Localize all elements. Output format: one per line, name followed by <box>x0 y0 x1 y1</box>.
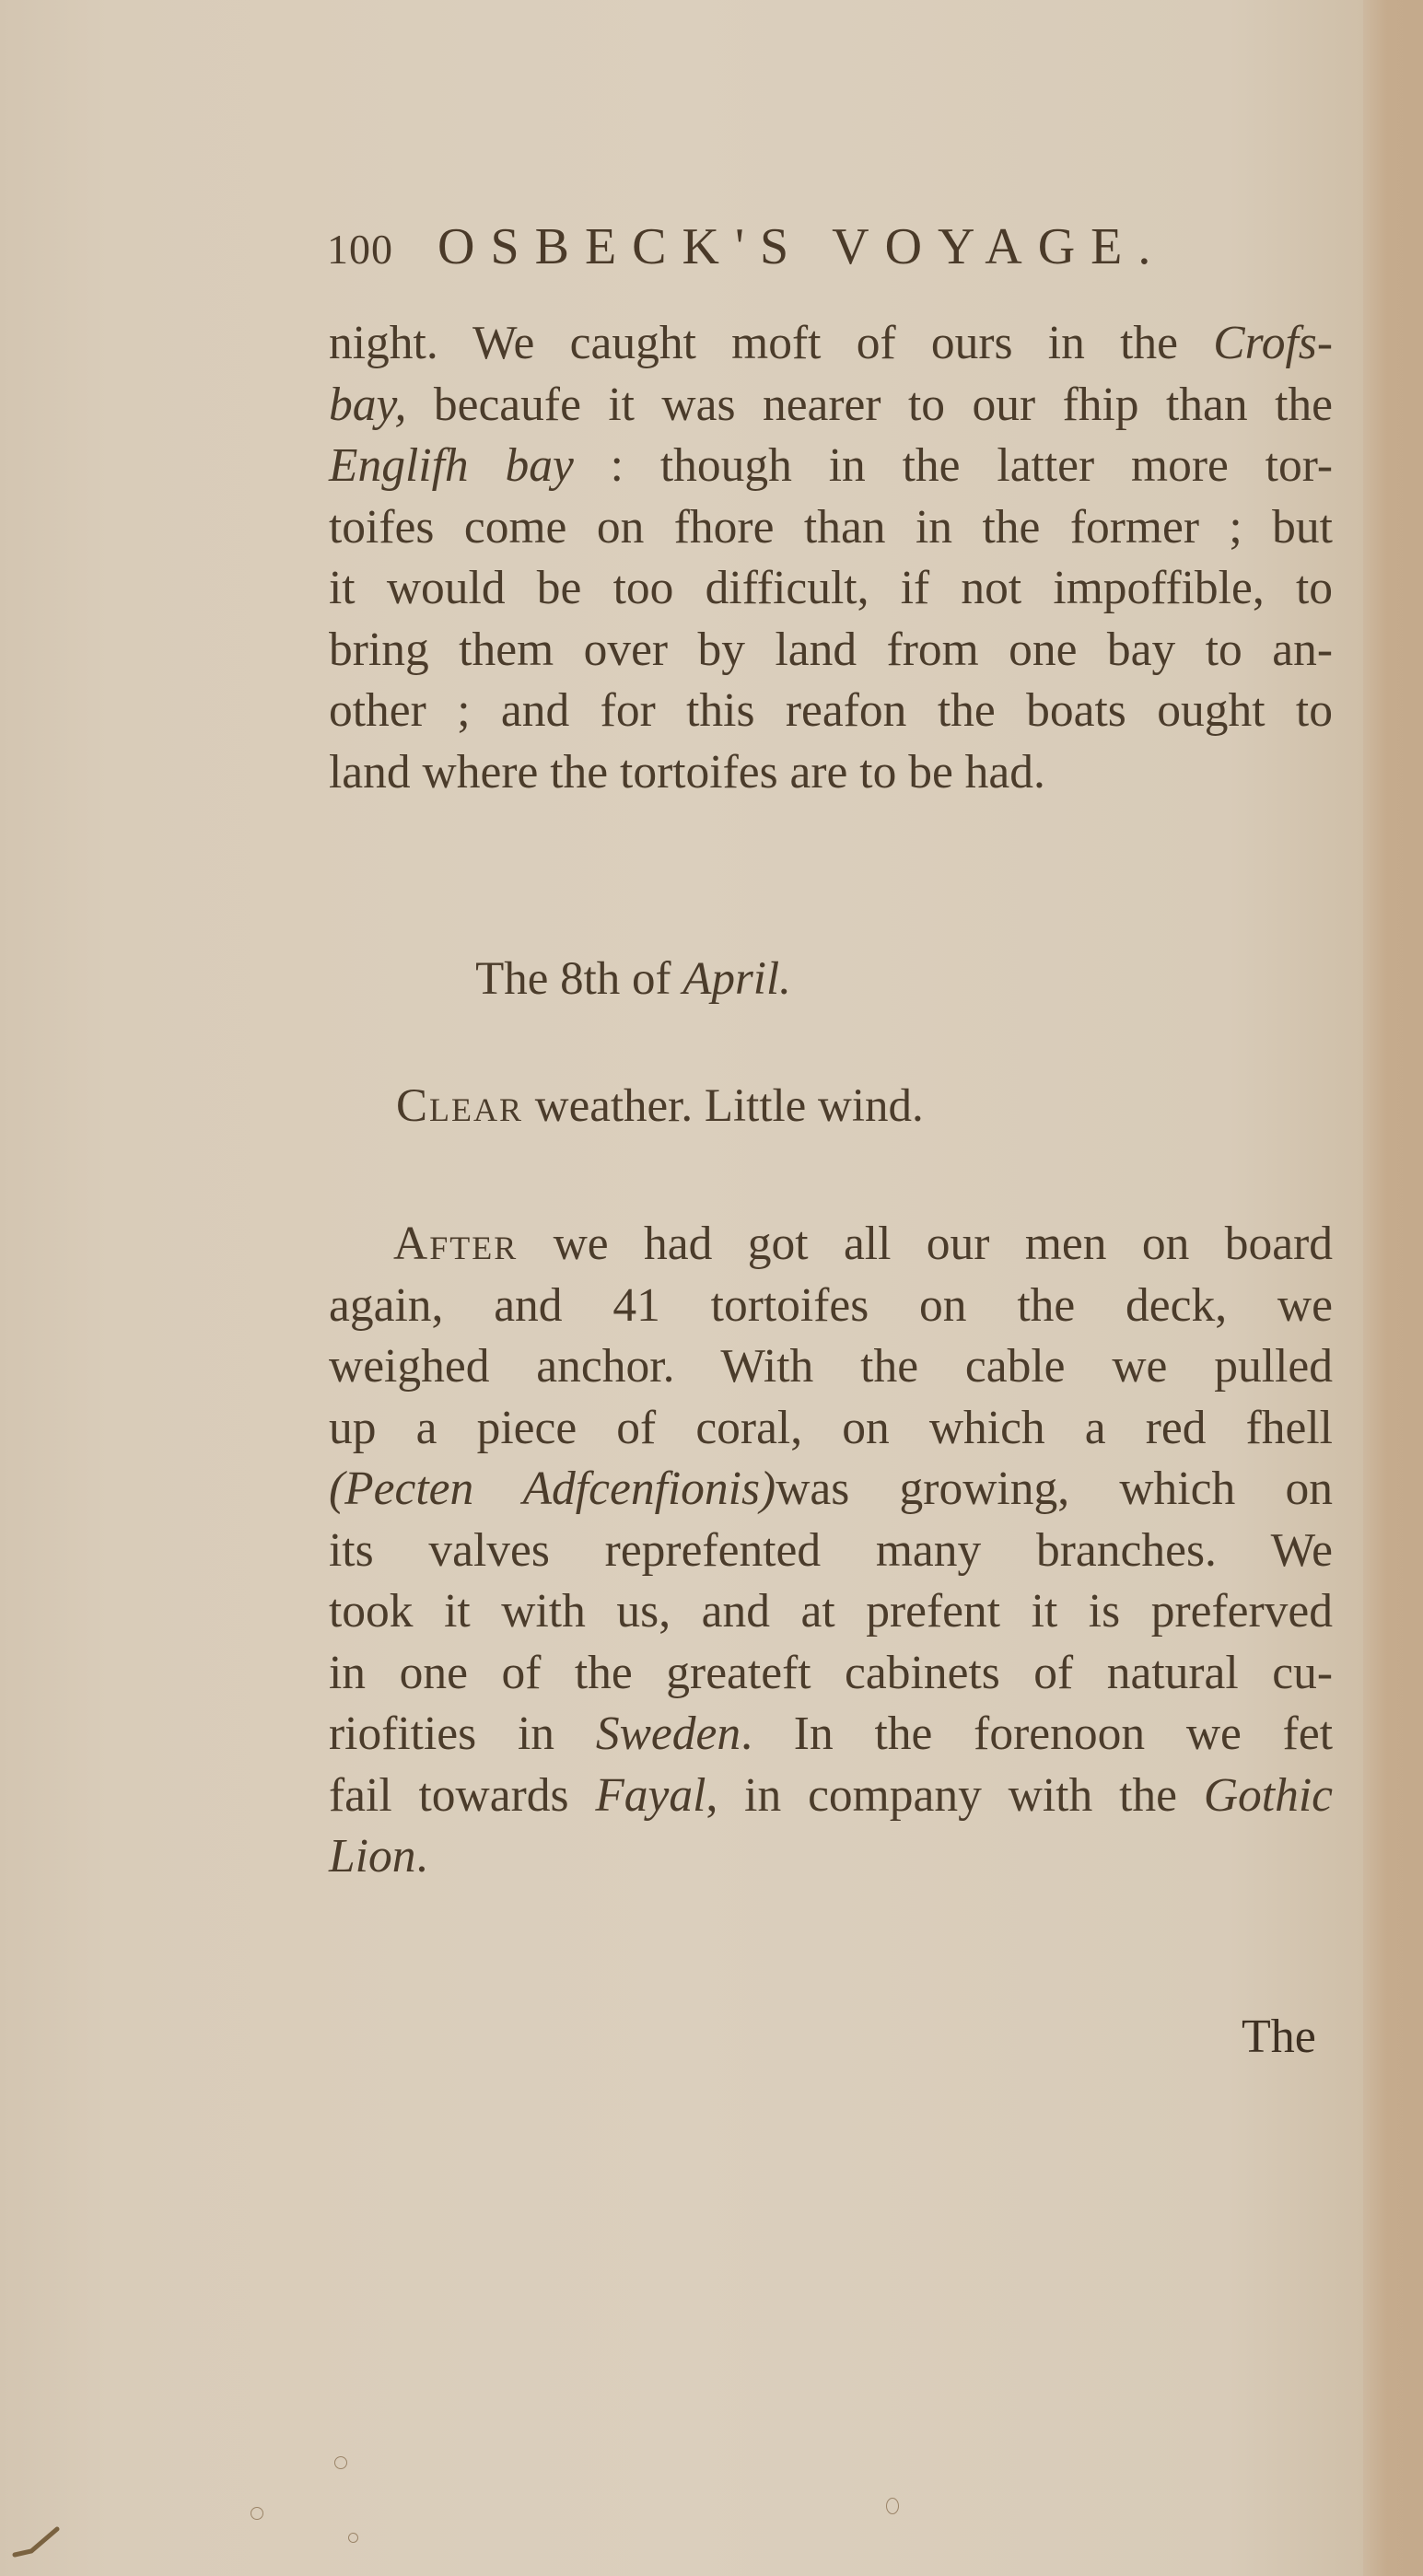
paper-blemish <box>334 2456 347 2469</box>
weather-note: Clear weather. Little wind. <box>396 1079 924 1133</box>
month-name: April. <box>682 953 791 1005</box>
text-line: its valves reprefented many branches. We <box>329 1521 1333 1582</box>
text-line: toifes come on fhore than in the former … <box>329 497 1333 559</box>
text-line: riofities in Sweden. In the forenoon we … <box>329 1704 1333 1766</box>
running-title: OSBECK'S VOYAGE. <box>437 217 1166 276</box>
text-line: took it with us, and at prefent it is pr… <box>329 1581 1333 1643</box>
paragraph-1: night. We caught moft of ours in the Cro… <box>329 313 1333 803</box>
text-line: in one of the greateft cabinets of natur… <box>329 1643 1333 1705</box>
ship-name: Gothic <box>1204 1769 1333 1822</box>
text-line: weighed anchor. With the cable we pulled <box>329 1336 1333 1398</box>
paper-blemish <box>348 2533 358 2543</box>
text-line: night. We caught moft of ours in the Cro… <box>329 313 1333 375</box>
place-name: Crofs- <box>1213 317 1333 369</box>
paragraph-2: After we had got all our men on board ag… <box>329 1214 1333 1888</box>
catchword: The <box>1242 2010 1316 2064</box>
running-head: 100 OSBECK'S VOYAGE. <box>327 217 1303 282</box>
country-name: Sweden <box>596 1708 741 1760</box>
text-line: it would be too difficult, if not impoff… <box>329 558 1333 620</box>
text-line: up a piece of coral, on which a red fhel… <box>329 1398 1333 1460</box>
text-line: Englifh bay : though in the latter more … <box>329 436 1333 497</box>
text-line: again, and 41 tortoifes on the deck, we <box>329 1276 1333 1337</box>
text-line: After we had got all our men on board <box>329 1214 1333 1276</box>
lead-word: Clear <box>396 1080 523 1132</box>
text-line: fail towards Fayal, in company with the … <box>329 1766 1333 1827</box>
ship-name: Lion <box>329 1830 415 1882</box>
paper-blemish <box>886 2498 899 2514</box>
page-number: 100 <box>327 225 393 274</box>
text-line: bay, becaufe it was nearer to our fhip t… <box>329 375 1333 437</box>
place-name: Fayal <box>595 1769 706 1822</box>
text-line: (Pecten Adfcenfionis)was growing, which … <box>329 1459 1333 1521</box>
place-name: bay, <box>329 379 406 431</box>
page-edge-shadow <box>1363 0 1423 2576</box>
place-name: Englifh bay <box>329 439 574 492</box>
date-heading: The 8th of April. <box>0 952 1423 1006</box>
text-line: bring them over by land from one bay to … <box>329 620 1333 682</box>
text-line: Lion. <box>329 1826 1333 1888</box>
ink-stroke-mark <box>11 2525 66 2562</box>
species-name: (Pecten Adfcenfionis) <box>329 1463 776 1515</box>
text-line: other ; and for this reafon the boats ou… <box>329 681 1333 742</box>
text-line: land where the tortoifes are to be had. <box>329 742 1333 804</box>
paper-blemish <box>251 2507 263 2520</box>
lead-word: After <box>393 1218 518 1270</box>
